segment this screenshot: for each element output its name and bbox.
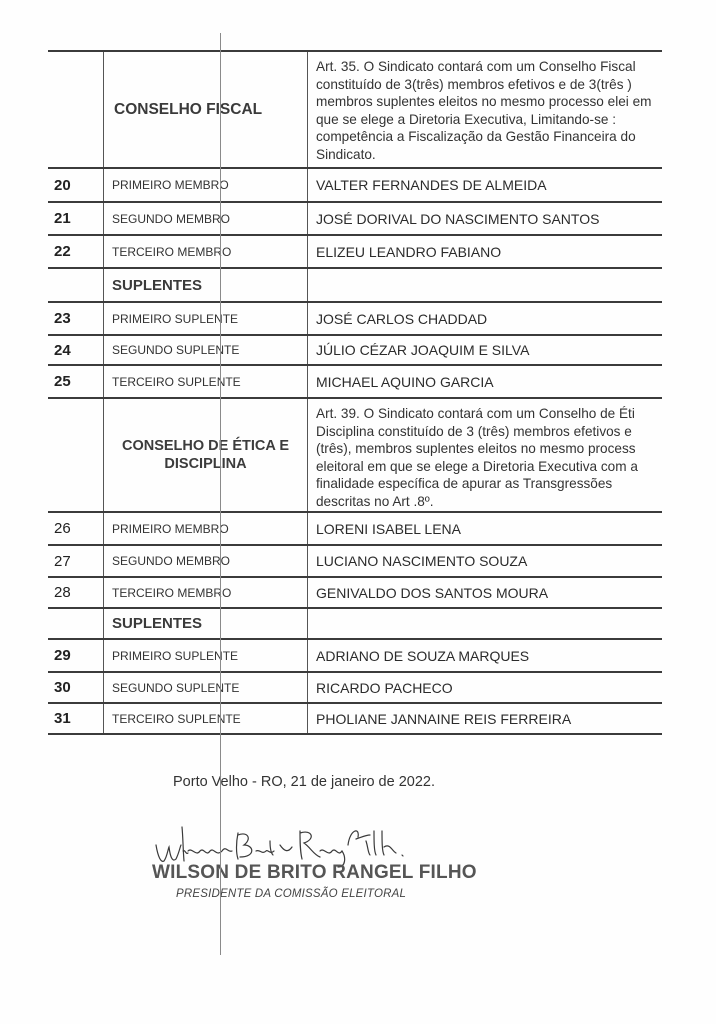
member-name: MICHAEL AQUINO GARCIA — [307, 366, 662, 397]
table-row: 29 PRIMEIRO SUPLENTE ADRIANO DE SOUZA MA… — [48, 638, 662, 671]
member-number: 30 — [48, 673, 103, 702]
member-number: 26 — [48, 513, 103, 544]
scanner-artifact-line — [220, 33, 221, 955]
member-role: PRIMEIRO MEMBRO — [103, 513, 307, 544]
table-row: 22 TERCEIRO MEMBRO ELIZEU LEANDRO FABIAN… — [48, 234, 662, 267]
member-number: 21 — [48, 203, 103, 234]
number-cell — [48, 52, 103, 167]
number-cell — [48, 399, 103, 511]
member-name: ELIZEU LEANDRO FABIANO — [307, 236, 662, 267]
signer-name: WILSON DE BRITO RANGEL FILHO — [152, 862, 477, 884]
member-role: TERCEIRO MEMBRO — [103, 578, 307, 607]
table-row: 28 TERCEIRO MEMBRO GENIVALDO DOS SANTOS … — [48, 576, 662, 607]
council-title: CONSELHO DE ÉTICA E DISCIPLINA — [103, 399, 307, 511]
substitutes-heading-row: SUPLENTES — [48, 267, 662, 301]
member-name: LORENI ISABEL LENA — [307, 513, 662, 544]
member-name: GENIVALDO DOS SANTOS MOURA — [307, 578, 662, 607]
member-number: 27 — [48, 546, 103, 576]
article-text: Art. 35. O Sindicato contará com um Cons… — [316, 58, 662, 163]
empty-cell — [307, 269, 662, 301]
council-header-row: CONSELHO FISCAL Art. 35. O Sindicato con… — [48, 50, 662, 167]
member-name: RICARDO PACHECO — [307, 673, 662, 702]
member-name: JOSÉ CARLOS CHADDAD — [307, 303, 662, 334]
table-row: 31 TERCEIRO SUPLENTE PHOLIANE JANNAINE R… — [48, 702, 662, 735]
member-role: PRIMEIRO MEMBRO — [103, 169, 307, 201]
substitutes-heading: SUPLENTES — [103, 609, 307, 638]
member-role: PRIMEIRO SUPLENTE — [103, 303, 307, 334]
member-number: 29 — [48, 640, 103, 671]
table-row: 21 SEGUNDO MEMBRO JOSÉ DORIVAL DO NASCIM… — [48, 201, 662, 234]
place-date: Porto Velho - RO, 21 de janeiro de 2022. — [173, 774, 435, 790]
table-row: 27 SEGUNDO MEMBRO LUCIANO NASCIMENTO SOU… — [48, 544, 662, 576]
article-text: Art. 39. O Sindicato contará com um Cons… — [316, 405, 662, 510]
document-page: CONSELHO FISCAL Art. 35. O Sindicato con… — [0, 0, 716, 1024]
empty-cell — [307, 609, 662, 638]
member-role: TERCEIRO MEMBRO — [103, 236, 307, 267]
member-number: 24 — [48, 336, 103, 364]
member-number: 31 — [48, 704, 103, 733]
table-row: 25 TERCEIRO SUPLENTE MICHAEL AQUINO GARC… — [48, 364, 662, 397]
table-row: 20 PRIMEIRO MEMBRO VALTER FERNANDES DE A… — [48, 167, 662, 201]
member-number: 22 — [48, 236, 103, 267]
member-name: PHOLIANE JANNAINE REIS FERREIRA — [307, 704, 662, 733]
substitutes-heading-row: SUPLENTES — [48, 607, 662, 638]
table-row: 23 PRIMEIRO SUPLENTE JOSÉ CARLOS CHADDAD — [48, 301, 662, 334]
member-role: PRIMEIRO SUPLENTE — [103, 640, 307, 671]
member-number: 23 — [48, 303, 103, 334]
member-name: JOSÉ DORIVAL DO NASCIMENTO SANTOS — [307, 203, 662, 234]
member-number: 25 — [48, 366, 103, 397]
number-cell — [48, 269, 103, 301]
council-article: Art. 35. O Sindicato contará com um Cons… — [307, 52, 662, 167]
member-role: SEGUNDO SUPLENTE — [103, 336, 307, 364]
member-role: SEGUNDO SUPLENTE — [103, 673, 307, 702]
council-header-row: CONSELHO DE ÉTICA E DISCIPLINA Art. 39. … — [48, 397, 662, 511]
table-row: 30 SEGUNDO SUPLENTE RICARDO PACHECO — [48, 671, 662, 702]
council-title: CONSELHO FISCAL — [103, 52, 307, 167]
signer-role: PRESIDENTE DA COMISSÃO ELEITORAL — [176, 888, 406, 900]
member-role: TERCEIRO SUPLENTE — [103, 366, 307, 397]
member-role: SEGUNDO MEMBRO — [103, 203, 307, 234]
member-number: 28 — [48, 578, 103, 607]
member-name: LUCIANO NASCIMENTO SOUZA — [307, 546, 662, 576]
member-role: TERCEIRO SUPLENTE — [103, 704, 307, 733]
member-number: 20 — [48, 169, 103, 201]
member-role: SEGUNDO MEMBRO — [103, 546, 307, 576]
table-row: 24 SEGUNDO SUPLENTE JÚLIO CÉZAR JOAQUIM … — [48, 334, 662, 364]
member-name: JÚLIO CÉZAR JOAQUIM E SILVA — [307, 336, 662, 364]
number-cell — [48, 609, 103, 638]
council-article: Art. 39. O Sindicato contará com um Cons… — [307, 399, 662, 511]
member-name: VALTER FERNANDES DE ALMEIDA — [307, 169, 662, 201]
substitutes-heading: SUPLENTES — [103, 269, 307, 301]
member-name: ADRIANO DE SOUZA MARQUES — [307, 640, 662, 671]
table-row: 26 PRIMEIRO MEMBRO LORENI ISABEL LENA — [48, 511, 662, 544]
